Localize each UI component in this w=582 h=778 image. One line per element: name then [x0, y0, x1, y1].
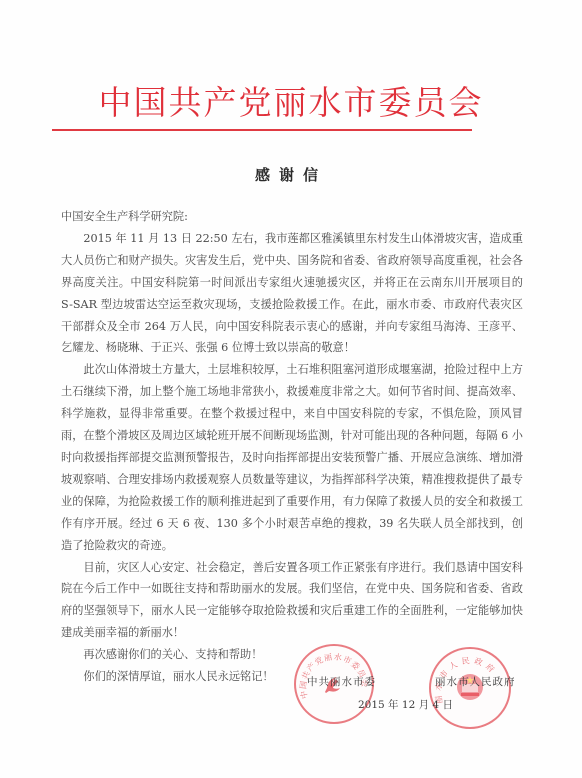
signer-government: 丽水市人民政府 — [435, 674, 516, 689]
signer-party-committee: 中共丽水市委 — [307, 674, 376, 689]
signature-block: 中国共产党丽水市委员会 丽水市人民政府 — [290, 640, 550, 760]
letter-body: 中国安全生产科学研究院: 2015 年 11 月 13 日 22:50 左右，我… — [61, 206, 523, 688]
letterhead-organization: 中国共产党丽水市委员会 — [0, 83, 582, 123]
letter-page: 中国共产党丽水市委员会 感谢信 中国安全生产科学研究院: 2015 年 11 月… — [0, 0, 582, 778]
salutation: 中国安全生产科学研究院: — [61, 206, 523, 228]
letterhead-divider — [52, 129, 472, 131]
signature-date: 2015 年 12 月 4 日 — [358, 697, 453, 712]
paragraph-2: 此次山体滑坡土方量大，土层堆积较厚，土石堆积阻塞河道形成堰塞湖，抢险过程中上方土… — [61, 359, 523, 556]
paragraph-3: 目前，灾区人心安定、社会稳定，善后安置各项工作正紧张有序进行。我们恳请中国安科院… — [61, 557, 523, 645]
document-title: 感谢信 — [0, 164, 582, 185]
paragraph-1: 2015 年 11 月 13 日 22:50 左右，我市莲都区雅溪镇里东村发生山… — [61, 228, 523, 359]
